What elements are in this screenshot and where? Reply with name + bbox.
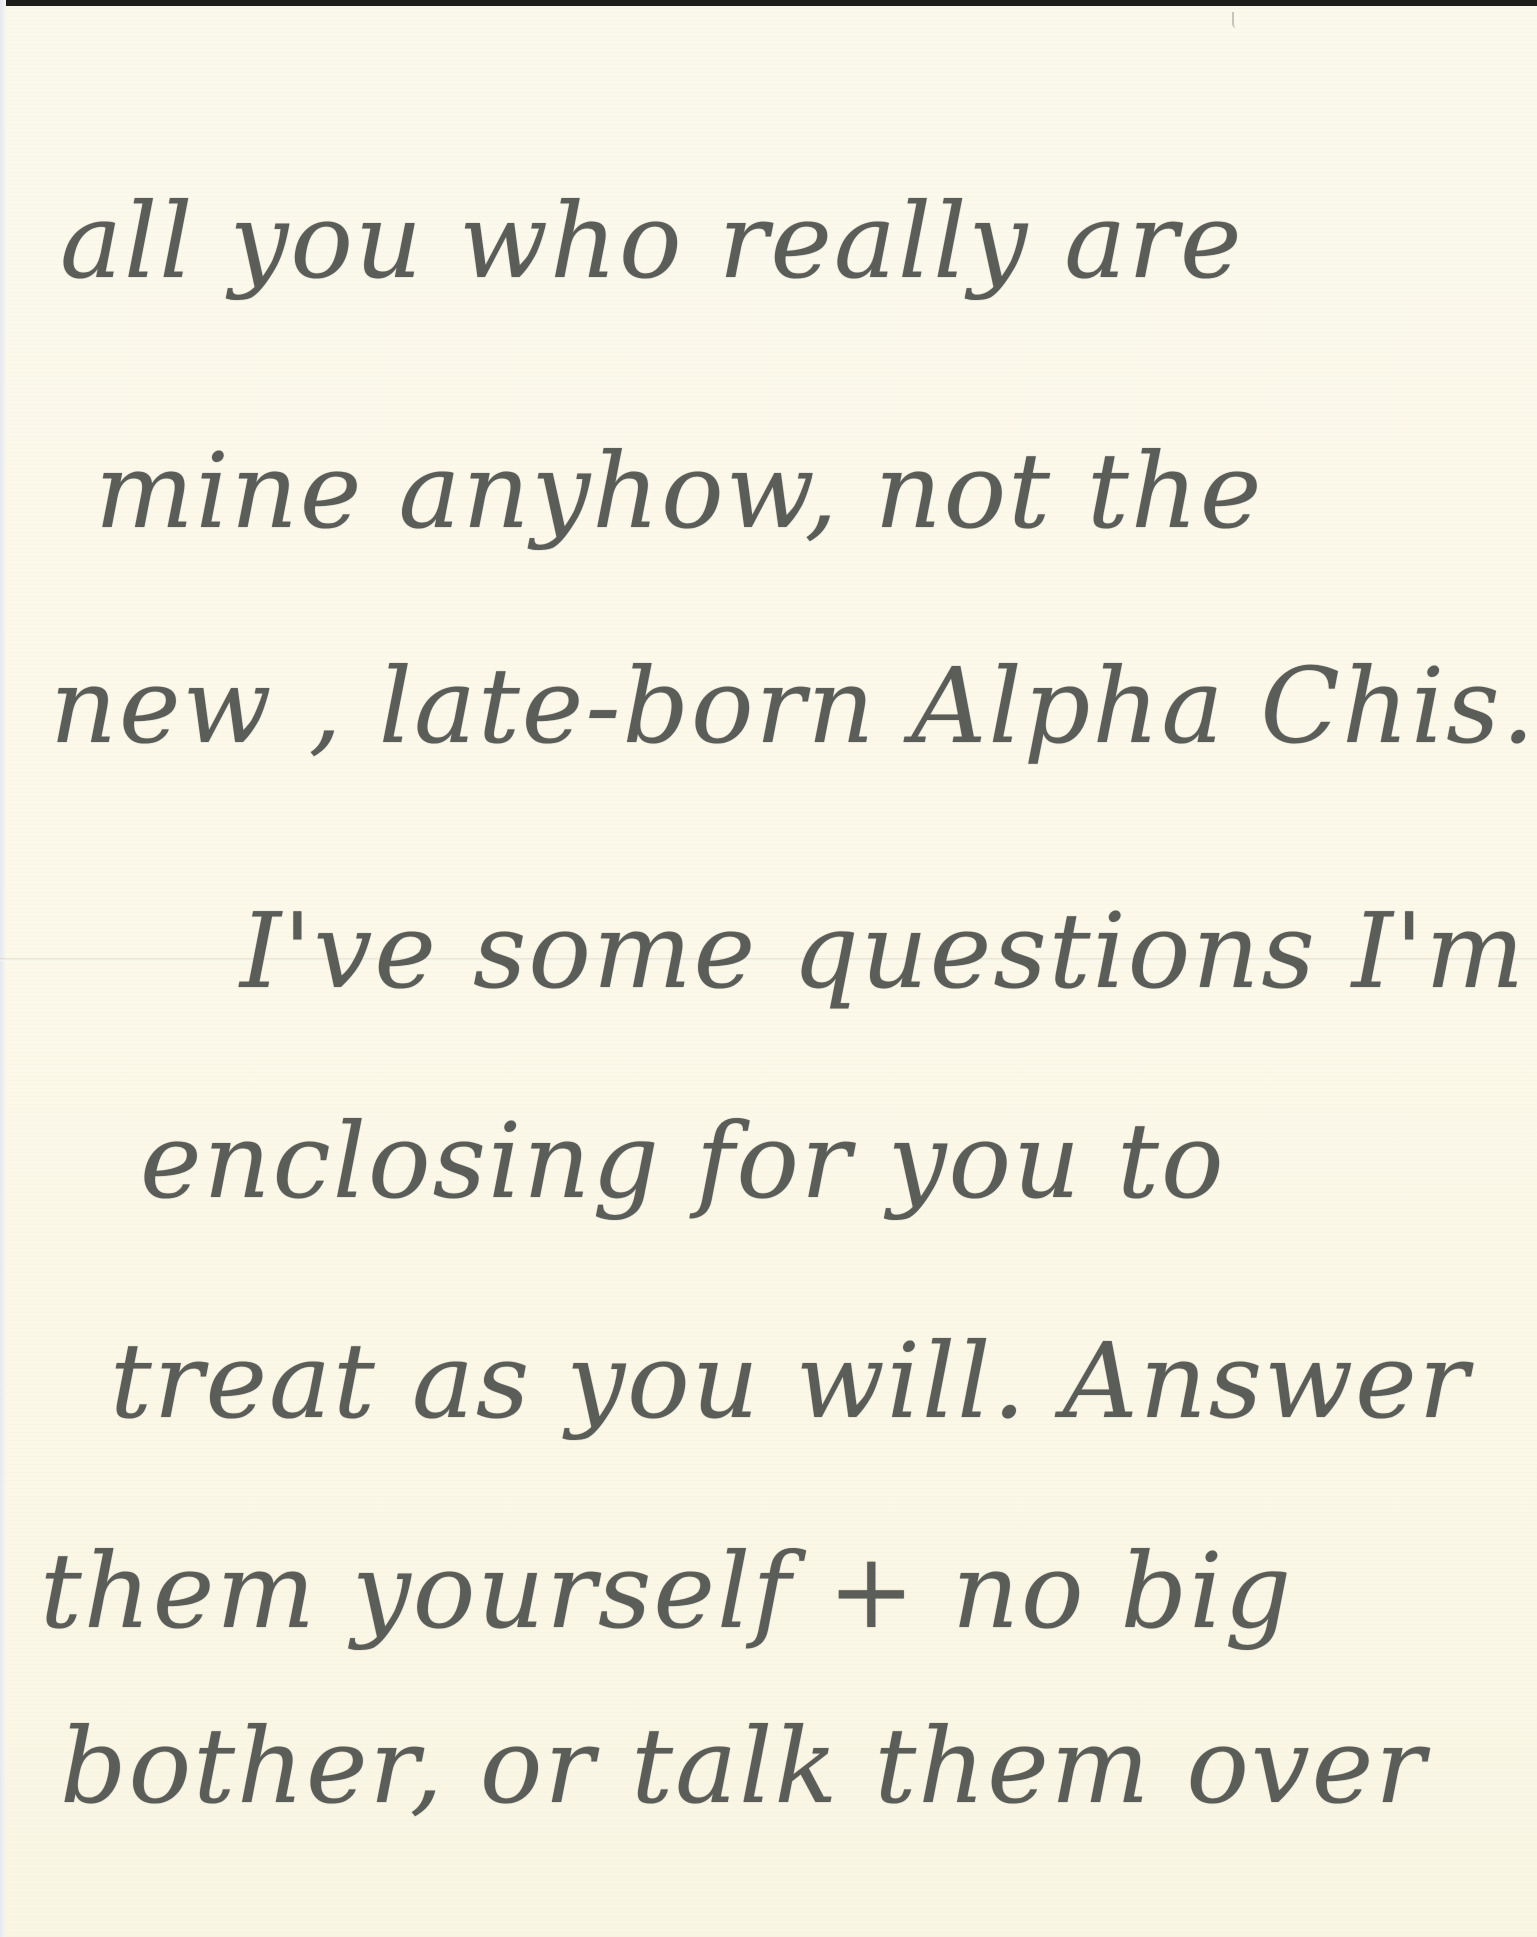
handwritten-line-4: I've some questions I'm — [240, 890, 1526, 1012]
handwritten-line-1: all you who really are — [60, 180, 1244, 302]
handwritten-line-2: mine anyhow, not the — [95, 430, 1263, 552]
letter-page: all you who really are mine anyhow, not … — [0, 0, 1537, 1937]
scan-top-edge — [0, 0, 1537, 6]
scan-left-edge — [0, 0, 6, 1937]
stray-pencil-mark — [1232, 12, 1240, 28]
handwritten-line-5: enclosing for you to — [140, 1100, 1226, 1222]
handwritten-line-3: new , late-born Alpha Chis. — [50, 645, 1537, 767]
handwritten-line-7: them yourself + no big — [40, 1530, 1293, 1652]
handwritten-line-8: bother, or talk them over — [60, 1705, 1427, 1827]
handwritten-line-6: treat as you will. Answer — [110, 1320, 1470, 1442]
